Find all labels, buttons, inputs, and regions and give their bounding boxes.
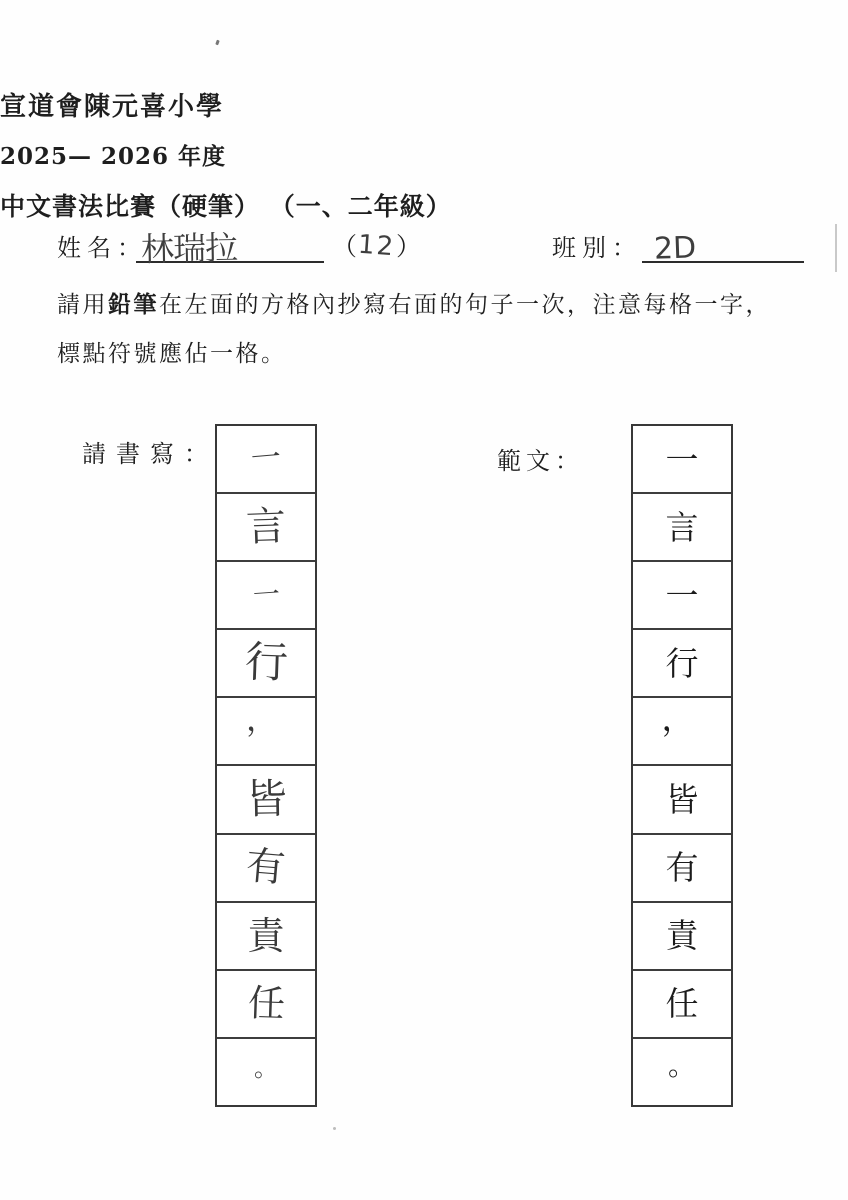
model-cell: 任 bbox=[633, 969, 731, 1037]
model-grid: 一 言 一 行 ， 皆 有 責 任 。 bbox=[631, 424, 733, 1107]
handwritten-character: 一 bbox=[250, 443, 283, 476]
scan-speck bbox=[215, 40, 220, 46]
model-cell: 一 bbox=[633, 560, 731, 628]
model-cell: 有 bbox=[633, 833, 731, 901]
model-cell: 一 bbox=[633, 426, 731, 492]
number-open-paren: （ bbox=[332, 234, 357, 259]
name-label: 姓名： bbox=[57, 236, 147, 260]
handwritten-character: 責 bbox=[247, 917, 285, 955]
printed-character: ， bbox=[662, 702, 695, 735]
handwritten-character: 皆 bbox=[245, 779, 287, 821]
model-cell: 。 bbox=[633, 1037, 731, 1105]
handwritten-name: 林瑞拉 bbox=[141, 231, 238, 266]
number-close-paren: ） bbox=[396, 234, 421, 259]
competition-title: 中文書法比賽（硬筆） （一、二年級） bbox=[0, 187, 848, 223]
practice-cell: 有 bbox=[217, 833, 315, 901]
printed-character: 。 bbox=[668, 1052, 696, 1080]
practice-grid: 一 言 一 行 ， 皆 有 責 任 。 bbox=[215, 424, 317, 1107]
handwritten-character: 行 bbox=[244, 641, 288, 685]
scan-edge-artifact bbox=[835, 224, 837, 272]
model-cell: 行 bbox=[633, 628, 731, 696]
name-field-line: 林瑞拉 bbox=[136, 228, 324, 263]
practice-cell: 一 bbox=[217, 560, 315, 628]
model-cell: ， bbox=[633, 696, 731, 764]
school-name: 宣道會陳元喜小學 bbox=[0, 86, 848, 123]
practice-cell: 。 bbox=[217, 1037, 315, 1105]
handwritten-character: ， bbox=[246, 703, 278, 735]
handwritten-character: 一 bbox=[252, 581, 281, 610]
printed-character: 一 bbox=[666, 443, 699, 476]
practice-cell: 行 bbox=[217, 628, 315, 696]
handwritten-character: 言 bbox=[245, 506, 286, 547]
printed-character: 有 bbox=[666, 851, 699, 884]
printed-character: 責 bbox=[666, 919, 699, 952]
instruction-pre: 請用 bbox=[57, 292, 108, 318]
practice-label: 請書寫： bbox=[82, 442, 218, 466]
school-year: 2025— 2026 年度 bbox=[0, 138, 848, 171]
handwritten-character: 有 bbox=[245, 846, 287, 888]
class-field-line: 2D bbox=[642, 228, 804, 263]
practice-cell: 言 bbox=[217, 492, 315, 560]
printed-character: 行 bbox=[666, 647, 699, 680]
practice-cell: ， bbox=[217, 696, 315, 764]
printed-character: 言 bbox=[666, 511, 699, 544]
instruction-line-2: 標點符號應佔一格。 bbox=[57, 340, 287, 369]
practice-cell: 皆 bbox=[217, 764, 315, 832]
handwritten-class: 2D bbox=[653, 233, 696, 264]
instruction-post: 在左面的方格內抄寫右面的句子一次，注意每格一字， bbox=[159, 292, 771, 318]
scanned-worksheet-page: 宣道會陳元喜小學 2025— 2026 年度 中文書法比賽（硬筆） （一、二年級… bbox=[0, 0, 848, 1200]
instruction-line-1: 請用鉛筆在左面的方格內抄寫右面的句子一次，注意每格一字， bbox=[57, 291, 771, 320]
model-cell: 言 bbox=[633, 492, 731, 560]
scan-speck bbox=[333, 1127, 336, 1130]
model-label: 範文： bbox=[497, 449, 584, 473]
printed-character: 皆 bbox=[666, 783, 699, 816]
printed-character: 一 bbox=[666, 579, 699, 612]
class-label: 班別： bbox=[552, 236, 642, 260]
model-cell: 責 bbox=[633, 901, 731, 969]
practice-cell: 任 bbox=[217, 969, 315, 1037]
handwritten-class-number: 12 bbox=[357, 232, 396, 261]
practice-cell: 一 bbox=[217, 426, 315, 492]
model-cell: 皆 bbox=[633, 764, 731, 832]
practice-cell: 責 bbox=[217, 901, 315, 969]
instruction-pencil-bold: 鉛筆 bbox=[108, 291, 159, 318]
printed-character: 任 bbox=[666, 987, 699, 1020]
handwritten-character: 。 bbox=[254, 1056, 278, 1080]
handwritten-character: 任 bbox=[247, 985, 285, 1023]
